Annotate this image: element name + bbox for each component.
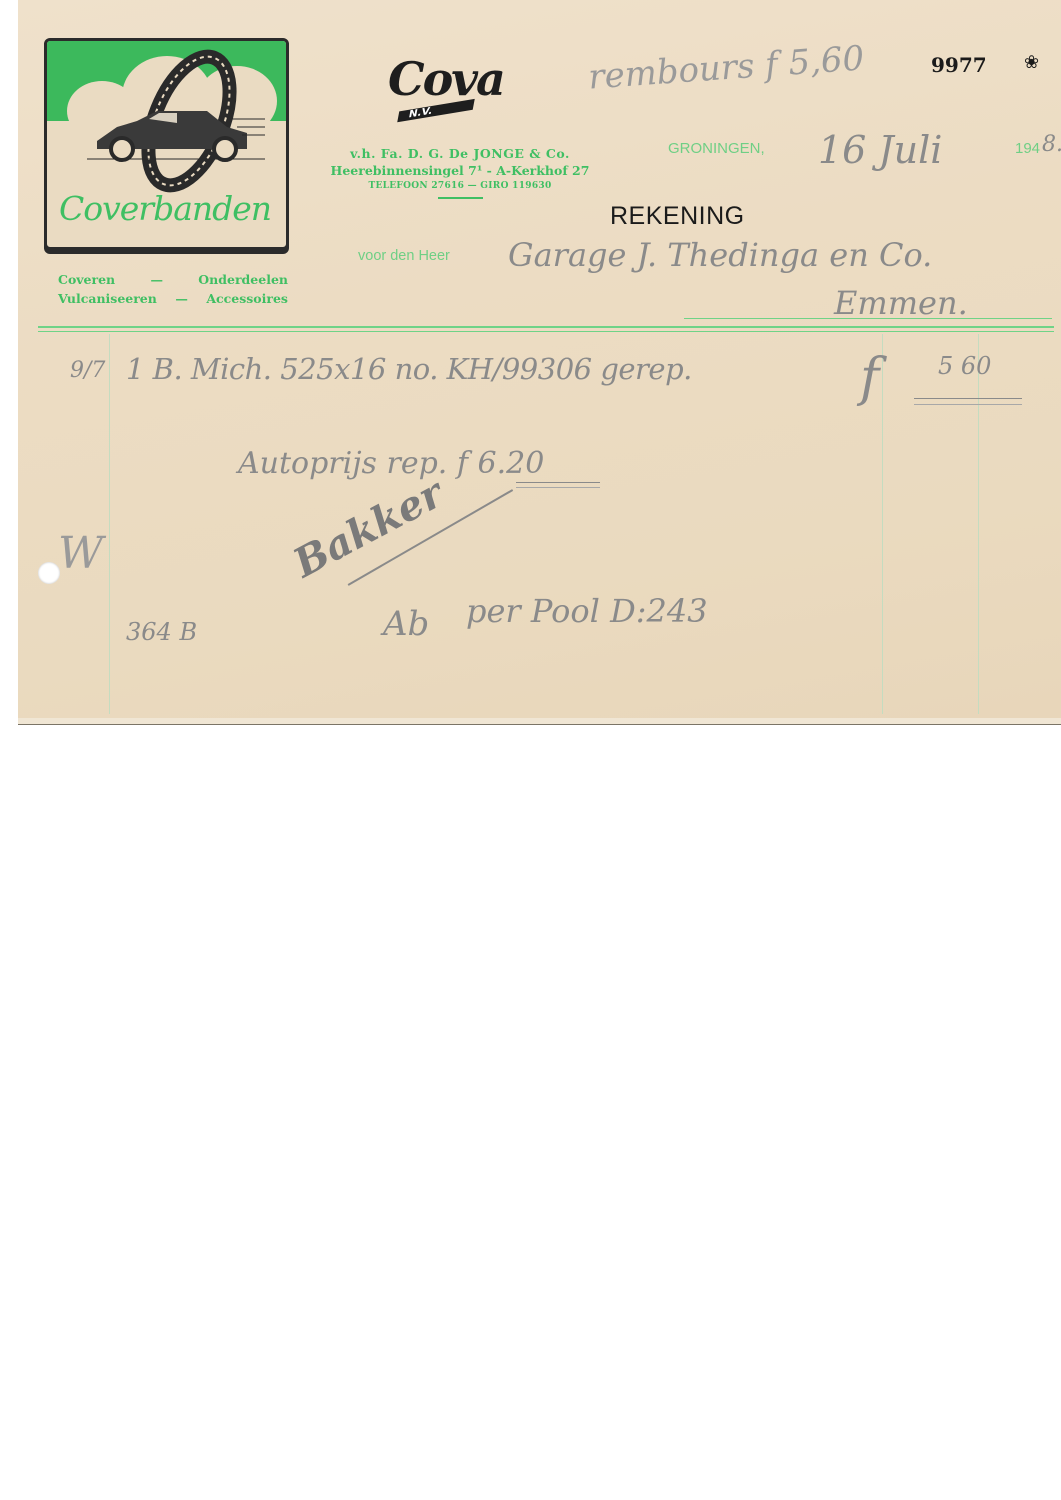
firm-details: v.h. Fa. D. G. De JONGE & Co. Heerebinne… — [315, 146, 605, 199]
flower-ornament-icon: ❀ — [1024, 52, 1039, 73]
line-item-currency: f — [860, 348, 879, 408]
margin-reference: 364 B — [126, 618, 197, 646]
price-note: Autoprijs rep. f 6.20 — [238, 446, 544, 481]
firm-divider — [438, 197, 483, 199]
column-line-amount — [978, 334, 979, 714]
car-tyre-illustration — [77, 49, 267, 199]
services-row: Vulcaniseeren — Accessoires — [58, 289, 288, 308]
initials: Ab — [383, 604, 429, 644]
service-coveren: Coveren — [58, 270, 115, 289]
service-accessoires: Accessoires — [206, 289, 288, 308]
services-list: Coveren — Onderdeelen Vulcaniseeren — Ac… — [58, 270, 288, 308]
firm-address: Heerebinnensingel 7¹ - A-Kerkhof 27 — [315, 163, 605, 178]
column-line-date — [109, 334, 110, 714]
line-item-description: 1 B. Mich. 525x16 no. KH/99306 gerep. — [126, 352, 692, 386]
price-note-underline — [516, 482, 600, 488]
rembours-note: rembours f 5,60 — [587, 38, 865, 97]
line-item-amount: 5 60 — [938, 352, 991, 380]
services-row: Coveren — Onderdeelen — [58, 270, 288, 289]
recipient-underline — [684, 318, 1052, 319]
brand-logo-cova: Cova — [388, 52, 504, 106]
header-rule-bottom — [38, 331, 1054, 332]
invoice-date: 16 Juli — [818, 128, 942, 172]
city-label: GRONINGEN, — [668, 140, 765, 157]
year-suffix: 8. — [1042, 132, 1061, 157]
service-vulcaniseeren: Vulcaniseeren — [58, 289, 157, 308]
total-double-underline — [914, 398, 1022, 405]
firm-contact: TELEFOON 27616 — GIRO 119630 — [315, 181, 605, 191]
signature: Bakker — [286, 470, 451, 587]
logo-tagline: Coverbanden — [59, 189, 271, 228]
punch-hole-bottom — [38, 562, 60, 584]
header-rule-top — [38, 326, 1054, 328]
firm-name: v.h. Fa. D. G. De JONGE & Co. — [315, 146, 605, 161]
recipient-name: Garage J. Thedinga en Co. — [508, 236, 932, 274]
column-line-currency — [882, 334, 883, 714]
recipient-label: voor den Heer — [358, 248, 450, 264]
invoice-paper: Coverbanden Coveren — Onderdeelen Vulcan… — [18, 0, 1061, 718]
dash: — — [150, 270, 163, 289]
dash: — — [175, 289, 188, 308]
year-prefix: 194 — [1015, 140, 1040, 157]
document-title: REKENING — [610, 202, 745, 231]
invoice-number: 9977 — [931, 53, 987, 77]
margin-mark: W — [58, 528, 103, 579]
coverbanden-logo: Coverbanden — [44, 38, 289, 250]
line-item-date: 9/7 — [70, 358, 105, 383]
recipient-city: Emmen. — [834, 284, 968, 322]
service-onderdeelen: Onderdeelen — [198, 270, 288, 289]
shipping-note: per Pool D:243 — [466, 592, 708, 630]
